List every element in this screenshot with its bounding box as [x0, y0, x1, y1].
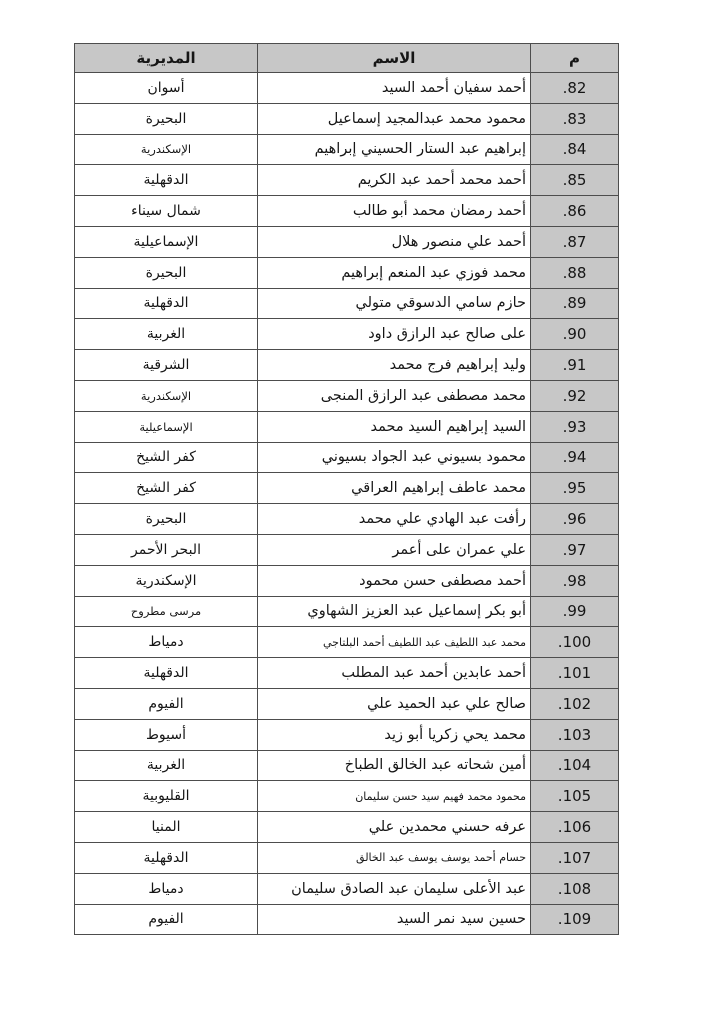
row-district-cell: البحيرة: [75, 504, 258, 535]
row-number: .100: [558, 633, 591, 651]
roster-table: م الاسم المديرية .82 أحمد سفيان أحمد الس…: [74, 43, 619, 935]
document-page: م الاسم المديرية .82 أحمد سفيان أحمد الس…: [0, 0, 720, 1019]
row-district-cell: الدقهلية: [75, 658, 258, 689]
table-row: .109 حسين سيد نمر السيد الفيوم: [75, 904, 619, 935]
row-district-cell: البحيرة: [75, 257, 258, 288]
row-number-cell: .85: [531, 165, 619, 196]
row-number-cell: .82: [531, 73, 619, 104]
row-name-cell: حازم سامي الدسوقي متولي: [258, 288, 531, 319]
row-name-cell: محمد عبد اللطيف عبد اللطيف أحمد البلتاجي: [258, 627, 531, 658]
row-number-cell: .106: [531, 812, 619, 843]
row-number-cell: .88: [531, 257, 619, 288]
row-district-cell: الفيوم: [75, 904, 258, 935]
table-row: .99 أبو بكر إسماعيل عبد العزيز الشهاوي م…: [75, 596, 619, 627]
row-number: .98: [563, 572, 587, 590]
table-row: .101 أحمد عابدين أحمد عبد المطلب الدقهلي…: [75, 658, 619, 689]
row-number-cell: .101: [531, 658, 619, 689]
row-district-cell: القليوبية: [75, 781, 258, 812]
row-district-cell: أسيوط: [75, 719, 258, 750]
row-name-cell: رأفت عبد الهادي علي محمد: [258, 504, 531, 535]
row-number: .84: [563, 140, 587, 158]
row-name-cell: إبراهيم عبد الستار الحسيني إبراهيم: [258, 134, 531, 165]
row-number-cell: .97: [531, 534, 619, 565]
table-row: .90 على صالح عبد الرازق داود الغربية: [75, 319, 619, 350]
row-number: .86: [563, 202, 587, 220]
row-district-cell: الفيوم: [75, 688, 258, 719]
row-number-cell: .84: [531, 134, 619, 165]
row-number-cell: .86: [531, 196, 619, 227]
row-name-cell: أحمد محمد أحمد عبد الكريم: [258, 165, 531, 196]
row-number-cell: .90: [531, 319, 619, 350]
row-number-cell: .103: [531, 719, 619, 750]
row-district-cell: الشرقية: [75, 350, 258, 381]
table-row: .93 السيد إبراهيم السيد محمد الإسماعيلية: [75, 411, 619, 442]
row-district-cell: شمال سيناء: [75, 196, 258, 227]
row-district-cell: الدقهلية: [75, 165, 258, 196]
row-number: .106: [558, 818, 591, 836]
row-number: .99: [563, 602, 587, 620]
row-number: .107: [558, 849, 591, 867]
row-number-cell: .98: [531, 565, 619, 596]
table-row: .82 أحمد سفيان أحمد السيد أسوان: [75, 73, 619, 104]
row-number: .105: [558, 787, 591, 805]
row-number: .82: [563, 79, 587, 97]
table-row: .103 محمد يحي زكريا أبو زيد أسيوط: [75, 719, 619, 750]
table-row: .94 محمود بسيوني عبد الجواد بسيوني كفر ا…: [75, 442, 619, 473]
table-row: .91 وليد إبراهيم فرج محمد الشرقية: [75, 350, 619, 381]
table-body: .82 أحمد سفيان أحمد السيد أسوان .83 محمو…: [75, 73, 619, 935]
row-name-cell: محمود محمد عبدالمجيد إسماعيل: [258, 103, 531, 134]
row-name-cell: أمين شحاته عبد الخالق الطباخ: [258, 750, 531, 781]
table-row: .97 علي عمران على أعمر البحر الأحمر: [75, 534, 619, 565]
row-name-cell: محمود بسيوني عبد الجواد بسيوني: [258, 442, 531, 473]
table-row: .87 أحمد علي منصور هلال الإسماعيلية: [75, 226, 619, 257]
table-row: .95 محمد عاطف إبراهيم العراقي كفر الشيخ: [75, 473, 619, 504]
row-number: .83: [563, 110, 587, 128]
table-row: .86 أحمد رمضان محمد أبو طالب شمال سيناء: [75, 196, 619, 227]
row-district-cell: كفر الشيخ: [75, 473, 258, 504]
row-number-cell: .92: [531, 380, 619, 411]
row-district-cell: الغربية: [75, 319, 258, 350]
row-name-cell: على صالح عبد الرازق داود: [258, 319, 531, 350]
row-number-cell: .102: [531, 688, 619, 719]
row-name-cell: أبو بكر إسماعيل عبد العزيز الشهاوي: [258, 596, 531, 627]
row-name-cell: صالح علي عبد الحميد علي: [258, 688, 531, 719]
table-row: .84 إبراهيم عبد الستار الحسيني إبراهيم ا…: [75, 134, 619, 165]
row-name-cell: علي عمران على أعمر: [258, 534, 531, 565]
row-number-cell: .89: [531, 288, 619, 319]
row-district-cell: البحر الأحمر: [75, 534, 258, 565]
table-row: .88 محمد فوزي عبد المنعم إبراهيم البحيرة: [75, 257, 619, 288]
row-number-cell: .95: [531, 473, 619, 504]
row-number: .109: [558, 910, 591, 928]
row-district-cell: الإسماعيلية: [75, 411, 258, 442]
table-row: .102 صالح علي عبد الحميد علي الفيوم: [75, 688, 619, 719]
table-row: .98 أحمد مصطفى حسن محمود الإسكندرية: [75, 565, 619, 596]
row-district-cell: كفر الشيخ: [75, 442, 258, 473]
row-number-cell: .87: [531, 226, 619, 257]
row-number: .102: [558, 695, 591, 713]
row-number: .88: [563, 264, 587, 282]
row-district-cell: البحيرة: [75, 103, 258, 134]
table-row: .85 أحمد محمد أحمد عبد الكريم الدقهلية: [75, 165, 619, 196]
row-district-cell: الدقهلية: [75, 842, 258, 873]
row-number-cell: .83: [531, 103, 619, 134]
row-district-cell: الإسكندرية: [75, 134, 258, 165]
row-number: .95: [563, 479, 587, 497]
table-row: .83 محمود محمد عبدالمجيد إسماعيل البحيرة: [75, 103, 619, 134]
row-number-cell: .96: [531, 504, 619, 535]
row-number-cell: .108: [531, 873, 619, 904]
row-number-cell: .93: [531, 411, 619, 442]
row-name-cell: السيد إبراهيم السيد محمد: [258, 411, 531, 442]
row-name-cell: محمد يحي زكريا أبو زيد: [258, 719, 531, 750]
row-number-cell: .104: [531, 750, 619, 781]
row-number: .101: [558, 664, 591, 682]
header-name: الاسم: [258, 44, 531, 73]
table-row: .104 أمين شحاته عبد الخالق الطباخ الغربي…: [75, 750, 619, 781]
row-name-cell: أحمد رمضان محمد أبو طالب: [258, 196, 531, 227]
row-district-cell: دمياط: [75, 873, 258, 904]
table-row: .105 محمود محمد فهيم سيد حسن سليمان القل…: [75, 781, 619, 812]
row-number-cell: .94: [531, 442, 619, 473]
row-name-cell: حسام أحمد يوسف يوسف عبد الخالق: [258, 842, 531, 873]
row-number-cell: .105: [531, 781, 619, 812]
row-number: .94: [563, 448, 587, 466]
row-number: .89: [563, 294, 587, 312]
row-number: .104: [558, 756, 591, 774]
row-number: .93: [563, 418, 587, 436]
row-number: .91: [563, 356, 587, 374]
row-number-cell: .100: [531, 627, 619, 658]
row-name-cell: محمد عاطف إبراهيم العراقي: [258, 473, 531, 504]
row-number: .96: [563, 510, 587, 528]
row-name-cell: عرفه حسني محمدين علي: [258, 812, 531, 843]
row-name-cell: أحمد مصطفى حسن محمود: [258, 565, 531, 596]
row-name-cell: حسين سيد نمر السيد: [258, 904, 531, 935]
row-number-cell: .109: [531, 904, 619, 935]
row-number: .92: [563, 387, 587, 405]
table-row: .100 محمد عبد اللطيف عبد اللطيف أحمد الب…: [75, 627, 619, 658]
row-name-cell: أحمد علي منصور هلال: [258, 226, 531, 257]
table-row: .108 عبد الأعلى سليمان عبد الصادق سليمان…: [75, 873, 619, 904]
table-row: .92 محمد مصطفى عبد الرازق المنجى الإسكند…: [75, 380, 619, 411]
row-number: .97: [563, 541, 587, 559]
table-header-row: م الاسم المديرية: [75, 44, 619, 73]
table-row: .106 عرفه حسني محمدين علي المنيا: [75, 812, 619, 843]
row-name-cell: عبد الأعلى سليمان عبد الصادق سليمان: [258, 873, 531, 904]
row-district-cell: الإسماعيلية: [75, 226, 258, 257]
row-number: .87: [563, 233, 587, 251]
row-district-cell: الدقهلية: [75, 288, 258, 319]
row-number-cell: .99: [531, 596, 619, 627]
table-row: .107 حسام أحمد يوسف يوسف عبد الخالق الدق…: [75, 842, 619, 873]
row-number: .103: [558, 726, 591, 744]
row-district-cell: الإسكندرية: [75, 380, 258, 411]
row-name-cell: أحمد عابدين أحمد عبد المطلب: [258, 658, 531, 689]
row-name-cell: وليد إبراهيم فرج محمد: [258, 350, 531, 381]
row-number-cell: .91: [531, 350, 619, 381]
row-district-cell: الغربية: [75, 750, 258, 781]
row-number: .90: [563, 325, 587, 343]
row-district-cell: مرسى مطروح: [75, 596, 258, 627]
header-district: المديرية: [75, 44, 258, 73]
row-number: .108: [558, 880, 591, 898]
row-district-cell: دمياط: [75, 627, 258, 658]
row-number-cell: .107: [531, 842, 619, 873]
table-row: .89 حازم سامي الدسوقي متولي الدقهلية: [75, 288, 619, 319]
row-district-cell: الإسكندرية: [75, 565, 258, 596]
row-number: .85: [563, 171, 587, 189]
header-number: م: [531, 44, 619, 73]
table-row: .96 رأفت عبد الهادي علي محمد البحيرة: [75, 504, 619, 535]
row-name-cell: محمد مصطفى عبد الرازق المنجى: [258, 380, 531, 411]
row-name-cell: أحمد سفيان أحمد السيد: [258, 73, 531, 104]
row-name-cell: محمود محمد فهيم سيد حسن سليمان: [258, 781, 531, 812]
row-district-cell: أسوان: [75, 73, 258, 104]
row-name-cell: محمد فوزي عبد المنعم إبراهيم: [258, 257, 531, 288]
row-district-cell: المنيا: [75, 812, 258, 843]
